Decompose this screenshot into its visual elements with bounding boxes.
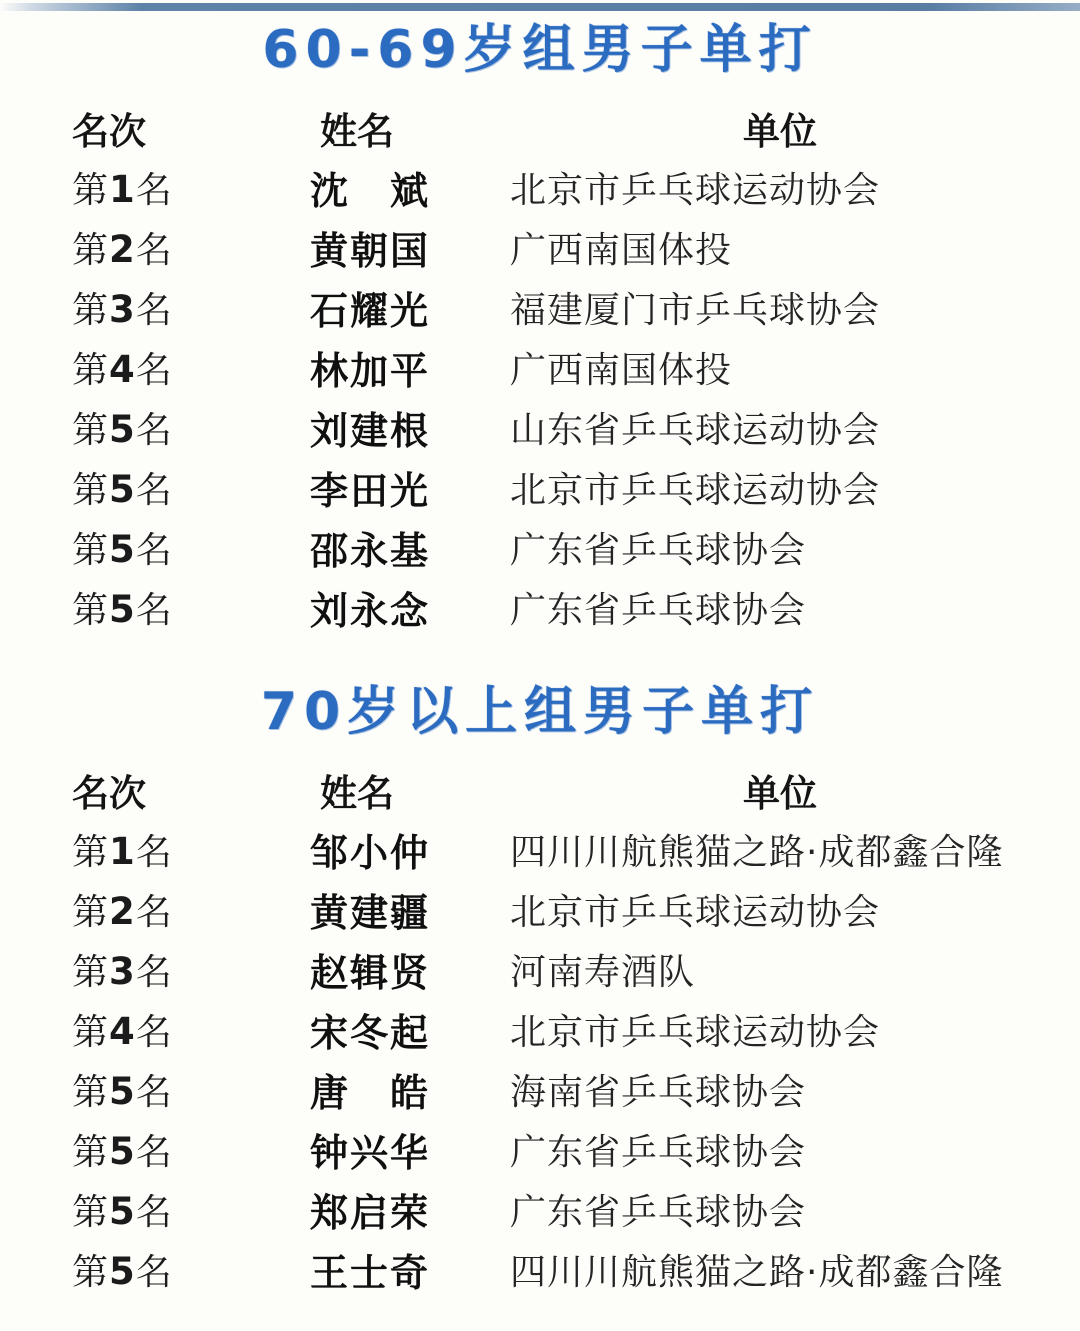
rank-suffix: 名 (136, 1012, 173, 1053)
player-name: 赵辑贤 (310, 942, 510, 997)
section-70-plus: 70岁以上组男子单打 名次 姓名 单位 第1名 邹小仲 四川川航熊猫之路·成都鑫… (0, 679, 1080, 1299)
rank-suffix: 名 (136, 530, 173, 571)
player-name: 林加平 (310, 340, 510, 395)
rank-prefix: 第 (72, 530, 109, 571)
rank-cell: 第5名 (72, 522, 310, 573)
table-row: 第4名 宋冬起 北京市乒乓球运动协会 (0, 999, 1080, 1059)
rank-suffix: 名 (136, 290, 173, 331)
rank-cell: 第4名 (72, 342, 310, 393)
section-title: 70岁以上组男子单打 (0, 679, 1080, 745)
player-unit: 山东省乒乓球运动协会 (510, 402, 1050, 453)
table-row: 第5名 刘建根 山东省乒乓球运动协会 (0, 397, 1080, 457)
rank-prefix: 第 (72, 1072, 109, 1113)
rank-cell: 第2名 (72, 884, 310, 935)
section-title: 60-69岁组男子单打 (0, 11, 1080, 83)
rank-number: 5 (109, 1250, 136, 1293)
section-60-69: 60-69岁组男子单打 名次 姓名 单位 第1名 沈 斌 北京市乒乓球运动协会 … (0, 11, 1080, 637)
table-row: 第2名 黄建疆 北京市乒乓球运动协会 (0, 879, 1080, 939)
table-row: 第1名 邹小仲 四川川航熊猫之路·成都鑫合隆 (0, 819, 1080, 879)
rank-cell: 第4名 (72, 1004, 310, 1055)
rank-number: 2 (109, 890, 136, 933)
rank-cell: 第1名 (72, 824, 310, 875)
rank-number: 5 (109, 1070, 136, 1113)
player-unit: 广西南国体投 (510, 222, 1050, 273)
rank-cell: 第5名 (72, 1064, 310, 1115)
player-unit: 四川川航熊猫之路·成都鑫合隆 (510, 1244, 1050, 1295)
table-row: 第4名 林加平 广西南国体投 (0, 337, 1080, 397)
rank-prefix: 第 (72, 832, 109, 873)
rank-number: 2 (109, 228, 136, 271)
table-row: 第5名 李田光 北京市乒乓球运动协会 (0, 457, 1080, 517)
rank-suffix: 名 (136, 832, 173, 873)
player-name: 王士奇 (310, 1242, 510, 1297)
rank-number: 3 (109, 288, 136, 331)
rank-number: 5 (109, 468, 136, 511)
player-unit: 海南省乒乓球协会 (510, 1064, 1050, 1115)
rank-suffix: 名 (136, 952, 173, 993)
player-name: 黄建疆 (310, 882, 510, 937)
column-header-row: 名次 姓名 单位 (0, 763, 1080, 809)
player-unit: 北京市乒乓球运动协会 (510, 462, 1050, 513)
player-name: 唐 皓 (310, 1062, 510, 1117)
rank-prefix: 第 (72, 410, 109, 451)
rank-cell: 第5名 (72, 1244, 310, 1295)
rank-suffix: 名 (136, 1192, 173, 1233)
rank-number: 5 (109, 1190, 136, 1233)
rank-prefix: 第 (72, 290, 109, 331)
rank-number: 5 (109, 588, 136, 631)
column-header-unit: 单位 (510, 763, 1050, 817)
player-unit: 广东省乒乓球协会 (510, 582, 1050, 633)
rank-number: 5 (109, 528, 136, 571)
table-row: 第5名 刘永念 广东省乒乓球协会 (0, 577, 1080, 637)
rank-number: 1 (109, 168, 136, 211)
column-header-rank: 名次 (72, 101, 310, 155)
player-unit: 北京市乒乓球运动协会 (510, 162, 1050, 213)
player-name: 邵永基 (310, 520, 510, 575)
rank-prefix: 第 (72, 470, 109, 511)
rank-cell: 第2名 (72, 222, 310, 273)
rank-cell: 第3名 (72, 282, 310, 333)
rank-suffix: 名 (136, 1252, 173, 1293)
rank-number: 5 (109, 1130, 136, 1173)
rank-suffix: 名 (136, 470, 173, 511)
rank-suffix: 名 (136, 590, 173, 631)
player-name: 刘永念 (310, 580, 510, 635)
rank-prefix: 第 (72, 170, 109, 211)
player-unit: 四川川航熊猫之路·成都鑫合隆 (510, 824, 1050, 875)
column-header-name: 姓名 (310, 763, 510, 817)
player-name: 刘建根 (310, 400, 510, 455)
column-header-row: 名次 姓名 单位 (0, 101, 1080, 147)
player-name: 李田光 (310, 460, 510, 515)
results-list: 第1名 沈 斌 北京市乒乓球运动协会 第2名 黄朝国 广西南国体投 第3名 石耀… (0, 157, 1080, 637)
rank-suffix: 名 (136, 350, 173, 391)
player-unit: 广西南国体投 (510, 342, 1050, 393)
player-unit: 福建厦门市乒乓球协会 (510, 282, 1050, 333)
rank-suffix: 名 (136, 1072, 173, 1113)
rank-number: 4 (109, 1010, 136, 1053)
results-page: 60-69岁组男子单打 名次 姓名 单位 第1名 沈 斌 北京市乒乓球运动协会 … (0, 0, 1080, 1331)
rank-prefix: 第 (72, 892, 109, 933)
rank-cell: 第5名 (72, 582, 310, 633)
table-row: 第5名 郑启荣 广东省乒乓球协会 (0, 1179, 1080, 1239)
rank-suffix: 名 (136, 410, 173, 451)
rank-cell: 第5名 (72, 1124, 310, 1175)
column-header-name: 姓名 (310, 101, 510, 155)
player-name: 黄朝国 (310, 220, 510, 275)
player-unit: 广东省乒乓球协会 (510, 522, 1050, 573)
rank-cell: 第1名 (72, 162, 310, 213)
rank-cell: 第5名 (72, 1184, 310, 1235)
player-name: 宋冬起 (310, 1002, 510, 1057)
table-row: 第3名 赵辑贤 河南寿酒队 (0, 939, 1080, 999)
rank-number: 1 (109, 830, 136, 873)
rank-cell: 第5名 (72, 462, 310, 513)
table-row: 第3名 石耀光 福建厦门市乒乓球协会 (0, 277, 1080, 337)
results-list: 第1名 邹小仲 四川川航熊猫之路·成都鑫合隆 第2名 黄建疆 北京市乒乓球运动协… (0, 819, 1080, 1299)
rank-prefix: 第 (72, 230, 109, 271)
player-name: 沈 斌 (310, 160, 510, 215)
column-header-rank: 名次 (72, 763, 310, 817)
rank-number: 3 (109, 950, 136, 993)
player-name: 钟兴华 (310, 1122, 510, 1177)
player-unit: 广东省乒乓球协会 (510, 1124, 1050, 1175)
rank-suffix: 名 (136, 230, 173, 271)
rank-prefix: 第 (72, 952, 109, 993)
table-row: 第5名 唐 皓 海南省乒乓球协会 (0, 1059, 1080, 1119)
table-row: 第2名 黄朝国 广西南国体投 (0, 217, 1080, 277)
rank-cell: 第5名 (72, 402, 310, 453)
player-unit: 北京市乒乓球运动协会 (510, 1004, 1050, 1055)
rank-number: 5 (109, 408, 136, 451)
rank-prefix: 第 (72, 590, 109, 631)
rank-suffix: 名 (136, 170, 173, 211)
rank-prefix: 第 (72, 350, 109, 391)
rank-prefix: 第 (72, 1252, 109, 1293)
player-name: 邹小仲 (310, 822, 510, 877)
rank-suffix: 名 (136, 892, 173, 933)
table-row: 第5名 王士奇 四川川航熊猫之路·成都鑫合隆 (0, 1239, 1080, 1299)
rank-prefix: 第 (72, 1132, 109, 1173)
rank-suffix: 名 (136, 1132, 173, 1173)
top-accent-bar (0, 3, 1080, 11)
rank-prefix: 第 (72, 1192, 109, 1233)
column-header-unit: 单位 (510, 101, 1050, 155)
table-row: 第5名 钟兴华 广东省乒乓球协会 (0, 1119, 1080, 1179)
player-unit: 北京市乒乓球运动协会 (510, 884, 1050, 935)
player-name: 郑启荣 (310, 1182, 510, 1237)
player-unit: 广东省乒乓球协会 (510, 1184, 1050, 1235)
rank-prefix: 第 (72, 1012, 109, 1053)
table-row: 第5名 邵永基 广东省乒乓球协会 (0, 517, 1080, 577)
rank-number: 4 (109, 348, 136, 391)
player-name: 石耀光 (310, 280, 510, 335)
table-row: 第1名 沈 斌 北京市乒乓球运动协会 (0, 157, 1080, 217)
player-unit: 河南寿酒队 (510, 944, 1050, 995)
rank-cell: 第3名 (72, 944, 310, 995)
